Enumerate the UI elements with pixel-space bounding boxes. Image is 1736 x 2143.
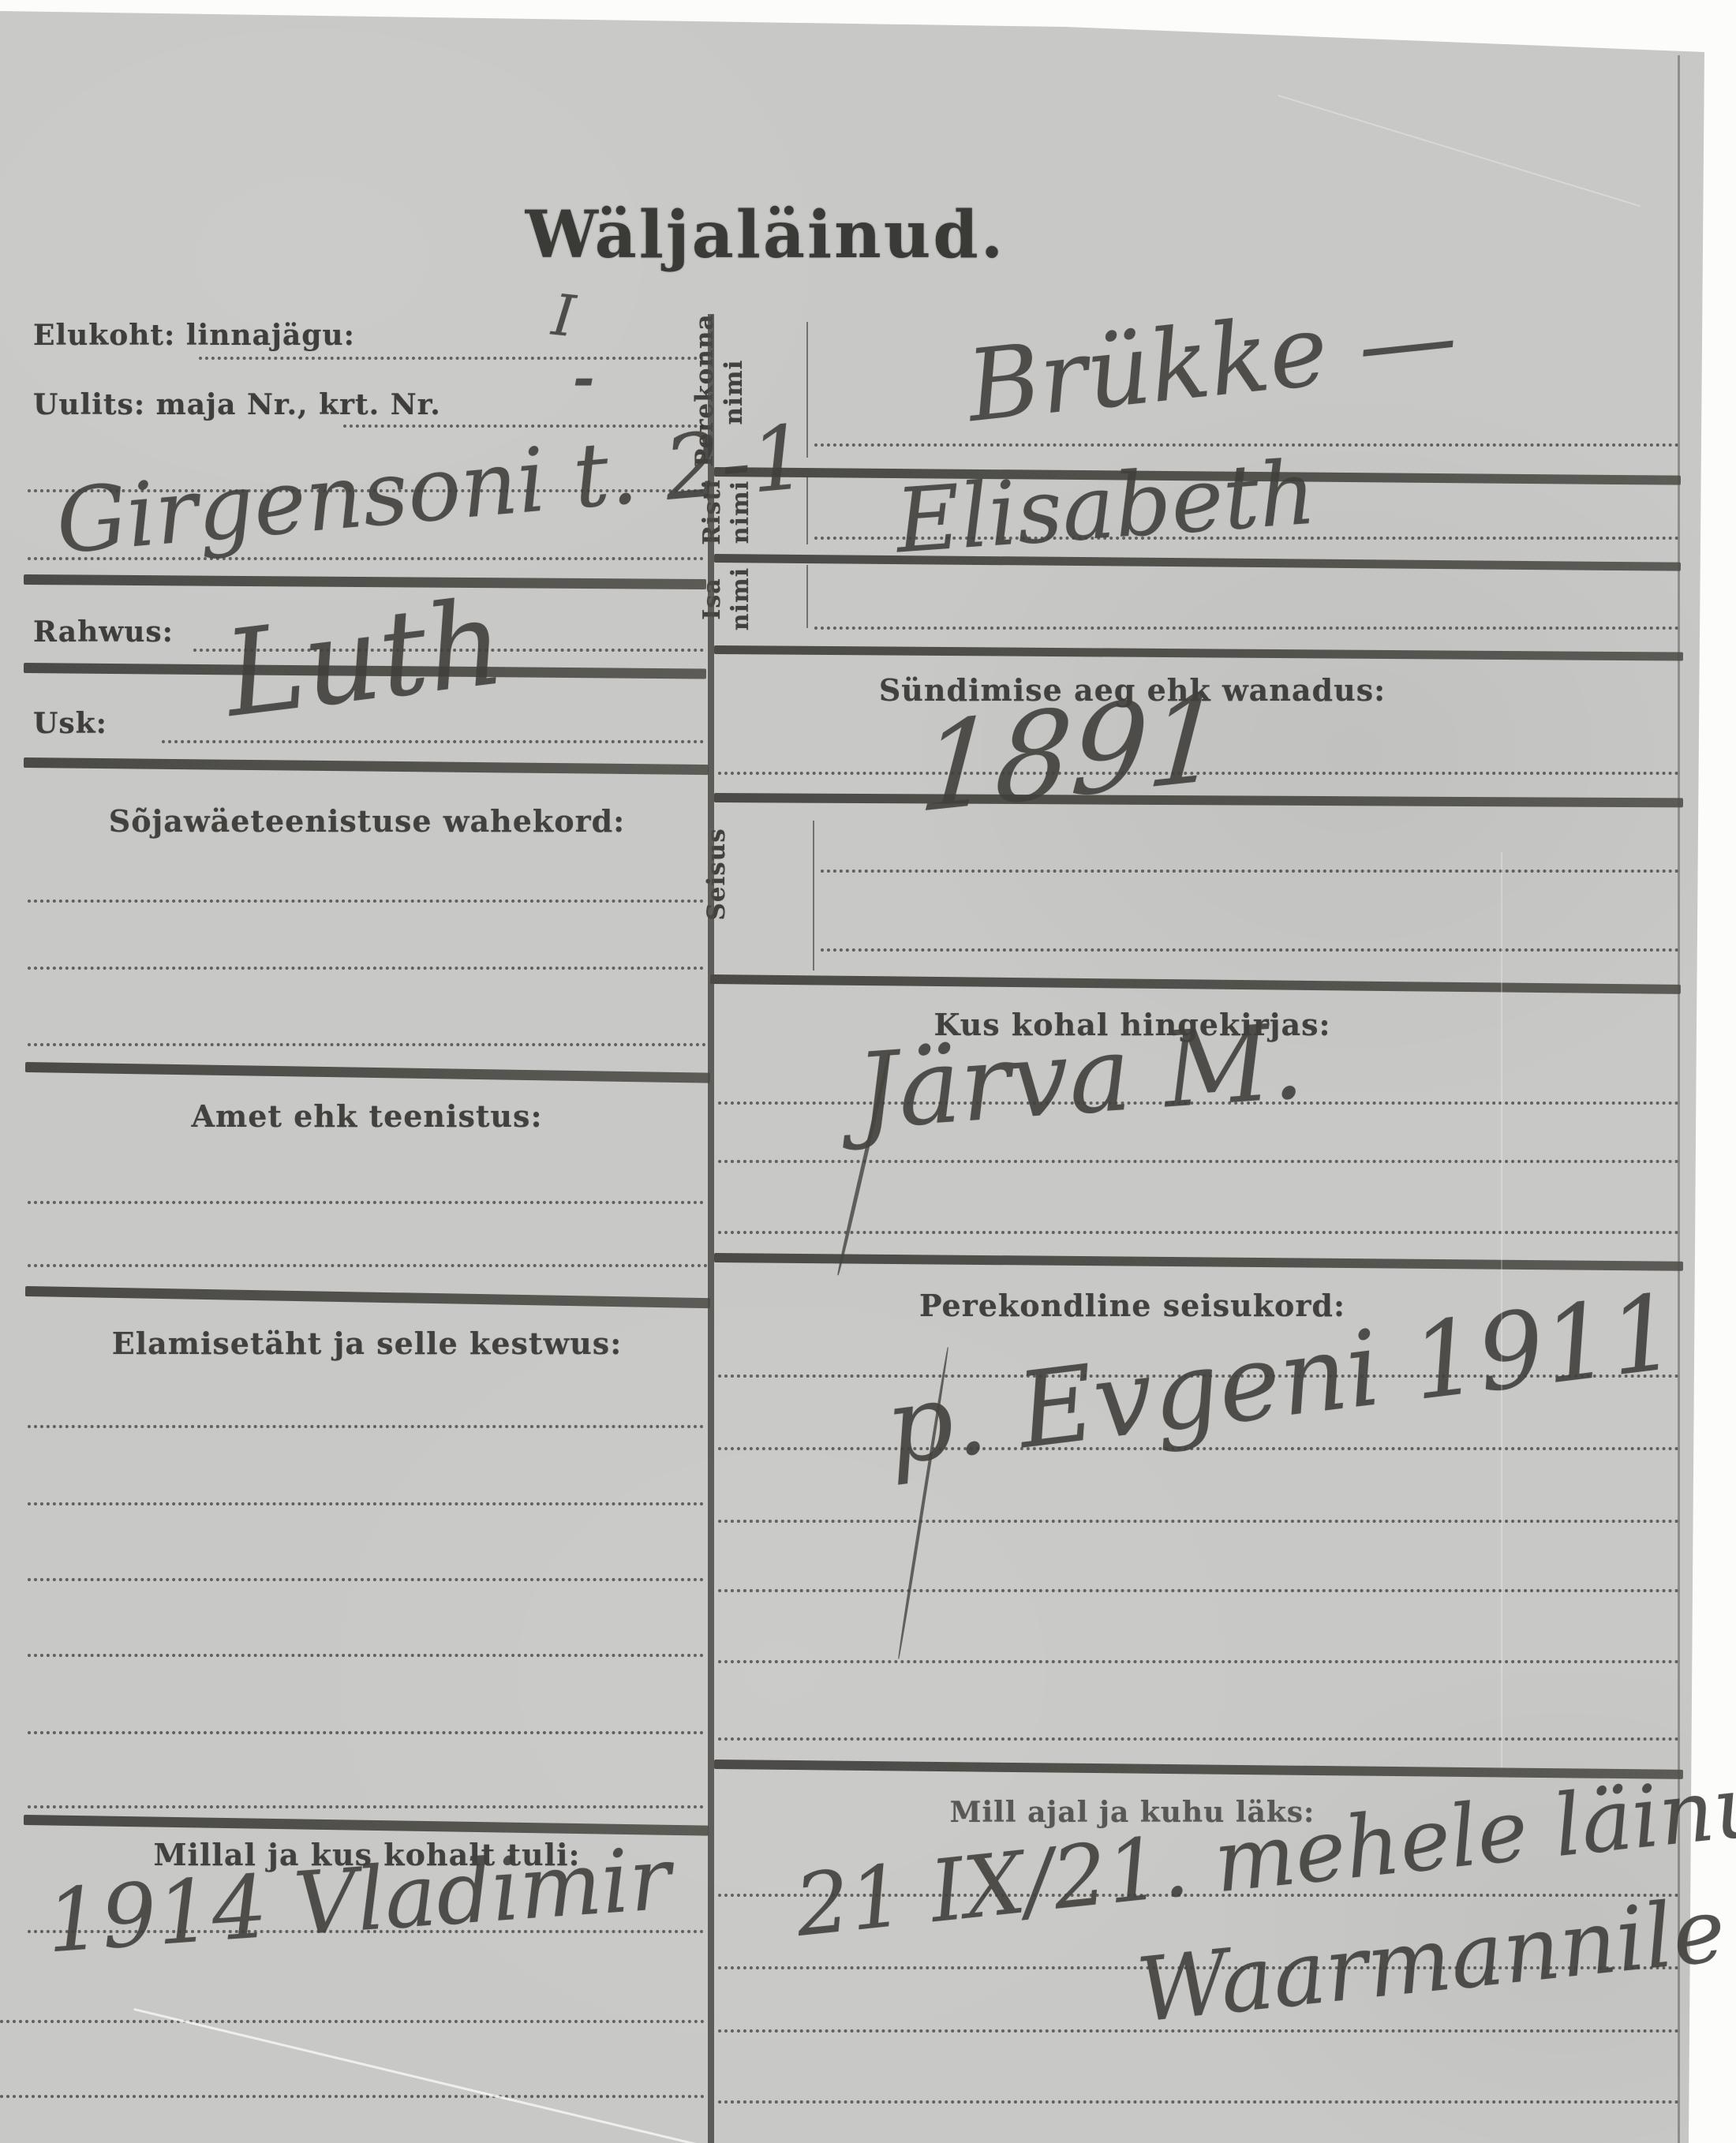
scanned-registration-card: Wäljaläinud. Elukoht: linnajägu: Uulits:…	[0, 0, 1736, 2143]
label-separator-rule	[806, 565, 808, 628]
dotted-line	[199, 357, 704, 360]
dotted-line	[718, 1520, 1679, 1523]
section-heading-military: Sõjawäeteenistuse wahekord:	[28, 803, 706, 839]
label-separator-rule	[813, 821, 814, 971]
dotted-line	[718, 2100, 1679, 2104]
dotted-line	[821, 870, 1679, 873]
dotted-line	[28, 1731, 704, 1734]
field-label-rahwus: Rahwus:	[33, 615, 174, 649]
dotted-line	[28, 1201, 704, 1204]
dotted-line	[0, 2020, 705, 2023]
dotted-line	[28, 967, 704, 970]
label-separator-rule	[806, 322, 808, 458]
column-divider-line	[708, 314, 714, 2143]
dotted-line	[28, 1654, 704, 1657]
dotted-line	[28, 1425, 704, 1428]
dotted-line	[718, 1231, 1679, 1234]
document-title: Wäljaläinud.	[426, 197, 1105, 273]
dotted-line	[0, 2095, 705, 2098]
dotted-line	[28, 1502, 704, 1505]
field-label-elukoht: Elukoht: linnajägu:	[33, 319, 355, 352]
dotted-line	[718, 1737, 1679, 1741]
dotted-line	[28, 899, 704, 903]
section-heading-residence-permit: Elamisetäht ja selle kestwus:	[28, 1326, 706, 1361]
section-heading-occupation: Amet ehk teenistus:	[28, 1098, 706, 1134]
dotted-line	[718, 1589, 1679, 1592]
dotted-line	[821, 948, 1679, 952]
dotted-line	[814, 626, 1679, 630]
dotted-line	[28, 1043, 706, 1046]
dotted-line	[28, 1578, 704, 1581]
dotted-line	[28, 1805, 704, 1808]
dotted-line	[28, 1264, 708, 1267]
paper-fold-vertical	[1501, 852, 1502, 1767]
dotted-line	[718, 1660, 1679, 1663]
field-label-status: Seisus	[702, 795, 789, 953]
field-label-usk: Usk:	[33, 707, 107, 740]
handwritten-house-number-dash: -	[573, 347, 594, 409]
field-label-uulits: Uulits: maja Nr., krt. Nr.	[33, 388, 441, 421]
